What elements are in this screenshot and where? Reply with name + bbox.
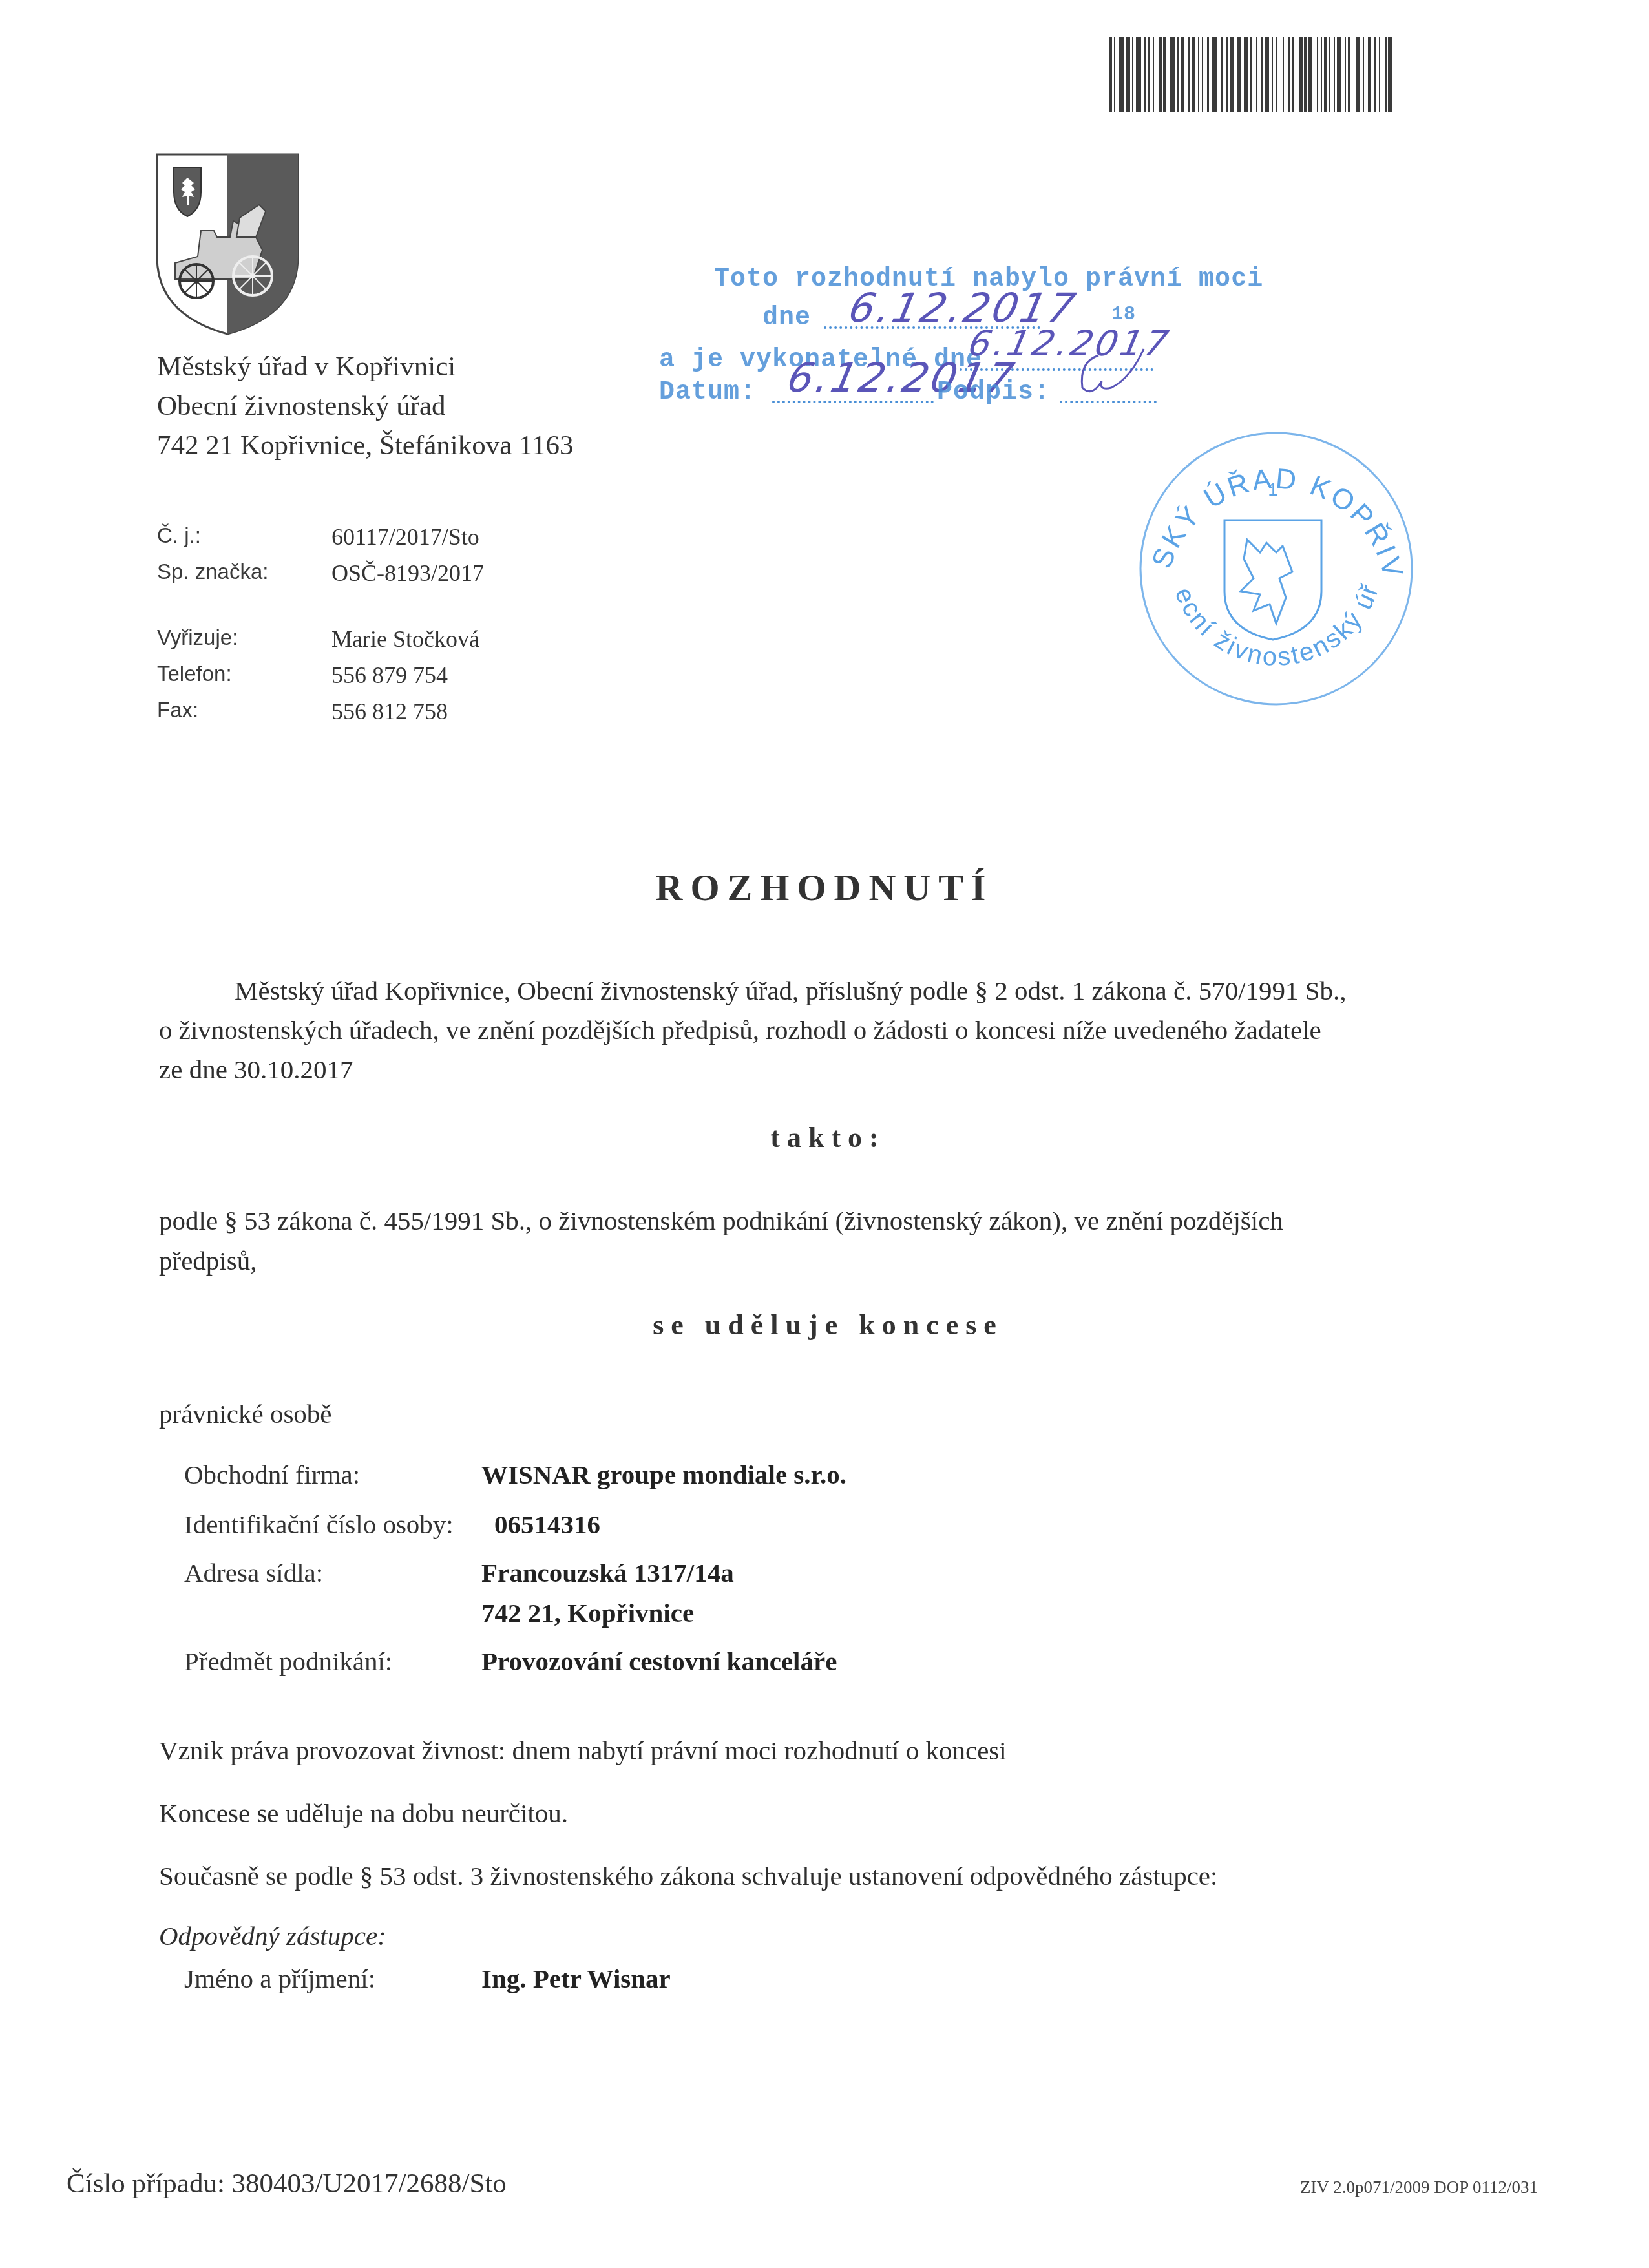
barcode-bar	[1392, 37, 1394, 112]
intro-line-1: Městský úřad Kopřivnice, Obecní živnoste…	[235, 971, 1347, 1011]
representative-name-label: Jméno a příjmení:	[184, 1963, 375, 1994]
office-name: Městský úřad v Kopřivnici	[157, 347, 573, 386]
business-subject-label: Předmět podnikání:	[184, 1646, 392, 1677]
address-line-1: Francouzská 1317/14a	[481, 1557, 734, 1588]
barcode-bar	[1252, 37, 1256, 112]
document-title: ROZHODNUTÍ	[0, 866, 1649, 909]
right-origin: Vznik práva provozovat živnost: dnem nab…	[159, 1730, 1007, 1770]
form-code: ZIV 2.0p071/2009 DOP 0112/031	[1300, 2178, 1538, 2198]
company-label: Obchodní firma:	[184, 1459, 360, 1490]
barcode-bar	[1312, 37, 1317, 112]
stamp-underline	[1060, 401, 1157, 403]
representative-heading: Odpovědný zástupce:	[159, 1916, 386, 1956]
address-line-2: 742 21, Kopřivnice	[481, 1597, 694, 1628]
stamp-label-signature: Podpis:	[937, 378, 1050, 407]
official-round-seal-icon: MĚSTSKÝ ÚŘAD KOPŘIVNICE Obecní živnosten…	[1124, 423, 1428, 708]
handwritten-signature-icon	[1073, 342, 1150, 401]
barcode-bar	[1294, 37, 1299, 112]
seal-number: 1	[1268, 479, 1278, 499]
business-subject-value: Provozování cestovní kanceláře	[481, 1646, 837, 1677]
barcode-bar	[1350, 37, 1356, 112]
office-street-address: 742 21 Kopřivnice, Štefánikova 1163	[157, 426, 573, 465]
barcode-bar	[1212, 37, 1217, 112]
company-value: WISNAR groupe mondiale s.r.o.	[481, 1459, 846, 1490]
takto-heading: t a k t o :	[0, 1121, 1649, 1154]
representative-intro: Současně se podle § 53 odst. 3 živnosten…	[159, 1856, 1217, 1896]
representative-name-value: Ing. Petr Wisnar	[481, 1963, 671, 1994]
municipal-coat-of-arms-icon	[156, 153, 299, 335]
case-number: Číslo případu: 380403/U2017/2688/Sto	[67, 2168, 507, 2200]
intro-line-2: o živnostenských úřadech, ve znění pozdě…	[159, 1010, 1321, 1050]
address-label: Adresa sídla:	[184, 1557, 323, 1588]
stamp-label-datum: Datum:	[659, 378, 756, 407]
barcode-bar	[1119, 37, 1124, 112]
barcode-bar	[1277, 37, 1283, 112]
legal-basis-line-1: podle § 53 zákona č. 455/1991 Sb., o živ…	[159, 1201, 1283, 1241]
office-department: Obecní živnostenský úřad	[157, 386, 573, 426]
stamp-suffix: 18	[1111, 304, 1136, 326]
grant-heading: s e u d ě l u j e k o n c e s e	[0, 1308, 1649, 1341]
concession-duration: Koncese se uděluje na dobu neurčitou.	[159, 1793, 568, 1833]
id-label: Identifikační číslo osoby:	[184, 1509, 454, 1540]
barcode	[1109, 37, 1462, 112]
recipient-type: právnické osobě	[159, 1394, 332, 1434]
id-value: 06514316	[494, 1509, 600, 1540]
seal-top-text: MĚSTSKÝ ÚŘAD KOPŘIVNICE	[1124, 423, 1409, 583]
intro-line-3: ze dne 30.10.2017	[159, 1049, 353, 1089]
legal-validity-stamp: Toto rozhodnutí nabylo právní moci dne 1…	[659, 258, 1157, 407]
svg-text:MĚSTSKÝ ÚŘAD KOPŘIVNICE: MĚSTSKÝ ÚŘAD KOPŘIVNICE	[1124, 423, 1409, 583]
barcode-bar	[1380, 37, 1385, 112]
barcode-bar	[1170, 37, 1175, 112]
office-address: Městský úřad v Kopřivnici Obecní živnost…	[157, 347, 573, 465]
barcode-bar	[1136, 37, 1141, 112]
legal-basis-line-2: předpisů,	[159, 1241, 257, 1281]
stamp-label-date: dne	[762, 304, 811, 333]
barcode-bar	[1154, 37, 1159, 112]
